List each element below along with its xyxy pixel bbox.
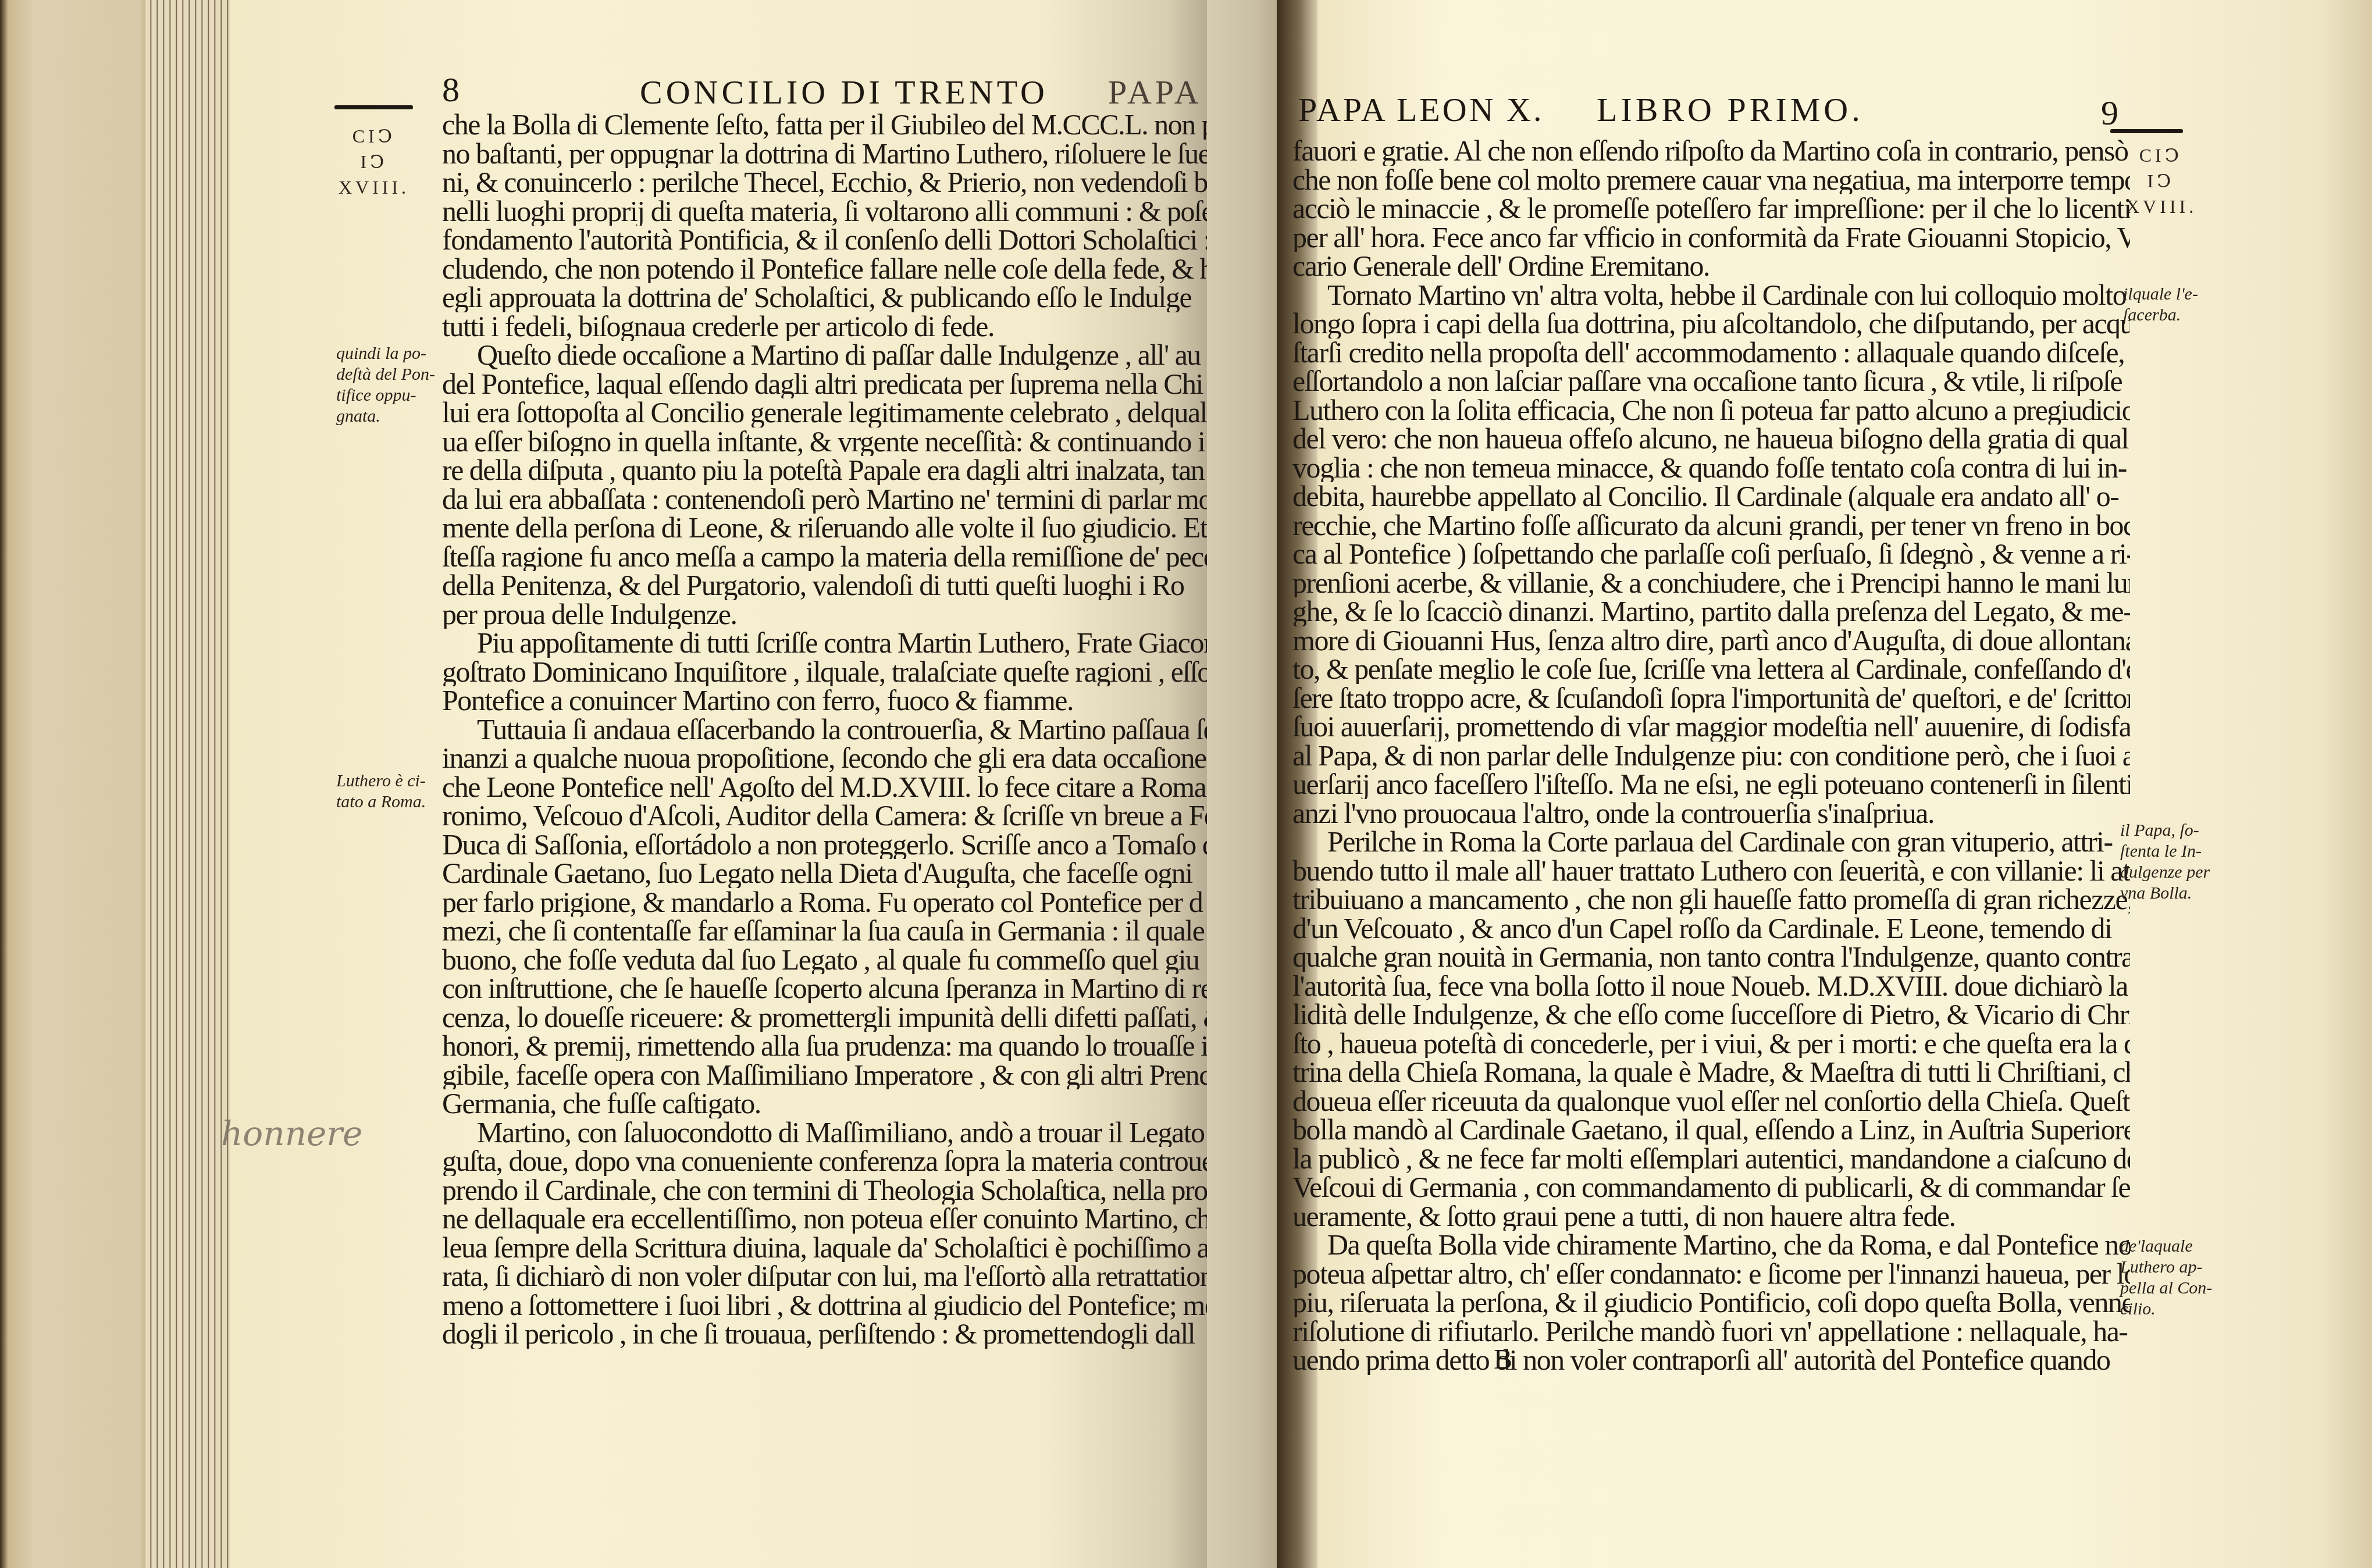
right-text-line: ſuoi auuerſarij, promettendo di vſar mag… xyxy=(1292,712,2130,742)
left-margin-rule xyxy=(334,105,413,109)
right-text-line: more di Giouanni Hus, ſenza altro dire, … xyxy=(1292,626,2130,655)
right-text-line: voglia : che non temeua minacce, & quand… xyxy=(1292,454,2130,483)
left-text-line: Queſto diede occaſione a Martino di paſſ… xyxy=(442,341,1262,370)
margin-note-line: ilquale l'e- xyxy=(2123,284,2198,305)
right-text-line: cario Generale dell' Ordine Eremitano. xyxy=(1292,252,2130,281)
margin-note-line: il Papa, ſo- xyxy=(2120,820,2210,841)
left-text-line: ua eſſer biſogno in quella inſtante, & v… xyxy=(442,427,1262,457)
left-text-line: del Pontefice, laqual eſſendo dagli altr… xyxy=(442,370,1262,399)
right-text-line: fauori e gratie. Al che non eſſendo riſp… xyxy=(1292,137,2130,166)
left-text-line: nelli luoghi proprij di queſta materia, … xyxy=(442,197,1262,226)
left-text-line: che Leone Pontefice nell' Agoſto del M.D… xyxy=(442,773,1262,802)
left-date-margin: CIↃ IↃ XVIII. xyxy=(336,123,412,200)
book-cover-edge xyxy=(0,0,145,1568)
left-text-line: cenza, lo doueſſe riceuere: & prometterg… xyxy=(442,1003,1262,1032)
right-text-line: Tornato Martino vn' altra volta, hebbe i… xyxy=(1292,281,2130,310)
left-text-line: re della diſputa , quanto piu la poteſtà… xyxy=(442,456,1262,485)
right-text-line: al Papa, & di non parlar delle Indulgenz… xyxy=(1292,742,2130,771)
right-text-line: tribuiuano a mancamento , che non gli ha… xyxy=(1292,885,2130,914)
right-text-line: anzi l'vno prouocaua l'altro, onde la co… xyxy=(1292,799,2130,828)
left-text-line: da lui era abbaſſata : contenendoſi però… xyxy=(442,485,1262,514)
right-date-margin: CIↃ IↃ XVIII. xyxy=(2126,142,2196,219)
right-text-line: eſſortandolo a non laſciar paſſare vna o… xyxy=(1292,367,2130,396)
right-text-line: recchie, che Martino foſſe aſſicurato da… xyxy=(1292,511,2130,540)
left-text-line: dogli il pericolo , in che ſi trouaua, p… xyxy=(442,1320,1262,1349)
left-text-line: fondamento l'autorità Pontificia, & il c… xyxy=(442,226,1262,255)
right-text-line: longo ſopra i capi della ſua dottrina, p… xyxy=(1292,309,2130,338)
right-text-line: per all' hora. Fece anco far vfficio in … xyxy=(1292,223,2130,252)
left-page-body-text: che la Bolla di Clemente ſeſto, fatta pe… xyxy=(442,111,1262,1349)
right-running-head-left: PAPA LEON X. xyxy=(1298,90,1544,129)
right-text-line: doueua eſſer riceuuta da qualonque vuol … xyxy=(1292,1087,2130,1116)
left-text-line: lui era ſottopoſta al Concilio generale … xyxy=(442,398,1262,427)
right-text-line: poteua aſpettar altro, ch' eſſer condann… xyxy=(1292,1260,2130,1289)
right-text-line: Veſcoui di Germania , con commandamento … xyxy=(1292,1173,2130,1202)
right-text-line: lidità delle Indulgenze, & che eſſo come… xyxy=(1292,1000,2130,1029)
margin-note-line: ſtenta le In- xyxy=(2120,841,2210,862)
left-text-line: guſta, doue, dopo vna conueniente confer… xyxy=(442,1147,1262,1176)
right-text-line: ſto , haueua poteſtà di concederle, per … xyxy=(1292,1029,2130,1059)
margin-note-line: gnata. xyxy=(336,406,435,427)
right-text-line: ſtarſi credito nella propoſta dell' acco… xyxy=(1292,338,2130,368)
left-text-line: con inſtruttione, che ſe haueſſe ſcopert… xyxy=(442,974,1262,1003)
right-text-line: del vero: che non haueua offeſo alcuno, … xyxy=(1292,425,2130,454)
right-text-line: to, & penſate meglio le coſe ſue, ſcriſſ… xyxy=(1292,655,2130,684)
right-text-line: ghe, & ſe lo ſcacciò dinanzi. Martino, p… xyxy=(1292,597,2130,626)
right-text-line: Perilche in Roma la Corte parlaua del Ca… xyxy=(1292,828,2130,857)
left-text-line: egli approuata la dottrina de' Scholaſti… xyxy=(442,283,1262,312)
left-text-line: ne dellaquale era eccellentiſſimo, non p… xyxy=(442,1204,1262,1234)
left-text-line: ſteſſa ragione fu anco meſſa a campo la … xyxy=(442,543,1262,572)
right-text-line: d'un Veſcouato , & anco d'un Capel roſſo… xyxy=(1292,914,2130,943)
left-running-head: CONCILIO DI TRENTO xyxy=(640,73,1048,112)
left-folio-number: 8 xyxy=(442,70,460,110)
left-text-line: ronimo, Veſcouo d'Aſcoli, Auditor della … xyxy=(442,801,1262,831)
right-text-line: Luthero con la ſolita efficacia, Che non… xyxy=(1292,396,2130,425)
right-date-line-1: CIↃ IↃ xyxy=(2126,142,2196,194)
left-text-line: buono, che foſſe veduta dal ſuo Legato ,… xyxy=(442,946,1262,975)
left-text-line: per proua delle Indulgenze. xyxy=(442,600,1262,629)
margin-note-line: Luthero ap- xyxy=(2120,1257,2212,1278)
turning-leaf-edge xyxy=(1207,0,1277,1568)
signature-mark: B xyxy=(1494,1344,1512,1375)
left-text-line: rata, ſi dichiarò di non voler diſputar … xyxy=(442,1262,1262,1291)
left-text-line: gibile, faceſſe opera con Maſſimiliano I… xyxy=(442,1061,1262,1090)
margin-note-line: deſtà del Pon- xyxy=(336,364,435,385)
left-text-line: tutti i fedeli, biſognaua crederle per a… xyxy=(442,312,1262,341)
margin-note-line: ſacerba. xyxy=(2123,305,2198,326)
right-page-body-text: fauori e gratie. Al che non eſſendo riſp… xyxy=(1292,137,2130,1375)
left-text-line: che la Bolla di Clemente ſeſto, fatta pe… xyxy=(442,111,1262,140)
left-text-line: Duca di Saſſonia, eſſortádolo a non prot… xyxy=(442,831,1262,860)
left-margin-note-2: Luthero è ci-tato a Roma. xyxy=(336,771,426,812)
right-text-line: debita, haurebbe appellato al Concilio. … xyxy=(1292,482,2130,511)
right-text-line: trina della Chieſa Romana, la quale è Ma… xyxy=(1292,1058,2130,1087)
right-text-line: ueramente, & ſotto graui pene a tutti, d… xyxy=(1292,1202,2130,1231)
left-text-line: Pontefice a conuincer Martino con ferro,… xyxy=(442,686,1262,715)
open-book-spread: 8 CONCILIO DI TRENTO PAPA LEON CIↃ IↃ XV… xyxy=(0,0,2372,1568)
left-text-line: Martino, con ſaluocondotto di Maſſimilia… xyxy=(442,1118,1262,1148)
left-text-line: Tuttauia ſi andaua eſſacerbando la contr… xyxy=(442,715,1262,744)
left-text-line: mente della perſona di Leone, & riſeruan… xyxy=(442,514,1262,543)
left-text-line: cludendo, che non potendo il Pontefice f… xyxy=(442,255,1262,284)
right-margin-note-2: il Papa, ſo-ſtenta le In-dulgenze pervna… xyxy=(2120,820,2210,904)
right-text-line: ſere ſtato troppo acre, & ſcuſandoſi ſop… xyxy=(1292,684,2130,713)
left-text-line: ni, & conuincerlo : perilche Thecel, Ecc… xyxy=(442,168,1262,197)
handwritten-annotation: honnere xyxy=(221,1114,362,1153)
left-text-line: no baſtanti, per oppugnar la dottrina di… xyxy=(442,140,1262,169)
right-date-line-2: XVIII. xyxy=(2126,194,2196,219)
left-text-line: leua ſempre della Scrittura diuina, laqu… xyxy=(442,1234,1262,1263)
margin-note-line: cilio. xyxy=(2120,1299,2212,1320)
left-text-line: per farlo prigione, & mandarlo a Roma. F… xyxy=(442,888,1262,917)
right-text-line: riſolutione di rifiutarlo. Perilche mand… xyxy=(1292,1317,2130,1346)
right-text-line: prenſioni acerbe, & villanie, & a conchi… xyxy=(1292,569,2130,598)
right-text-line: uendo prima detto di non voler contrapor… xyxy=(1292,1346,2130,1375)
left-text-line: Germania, che fuſſe caſtigato. xyxy=(442,1089,1262,1118)
right-text-line: buendo tutto il male all' hauer trattato… xyxy=(1292,857,2130,886)
left-date-line-2: XVIII. xyxy=(336,174,412,200)
margin-note-line: tato a Roma. xyxy=(336,792,426,812)
right-text-line: qualche gran nouità in Germania, non tan… xyxy=(1292,943,2130,972)
left-margin-note-1: quindi la po-deſtà del Pon-tifice oppu-g… xyxy=(336,343,435,427)
margin-note-line: de'laquale xyxy=(2120,1236,2212,1257)
right-text-line: uerſarij anco faceſſero l'iſteſſo. Ma ne… xyxy=(1292,770,2130,799)
left-text-line: inanzi a qualche nuoua propoſitione, ſec… xyxy=(442,744,1262,773)
right-text-line: piu, riſeruata la perſona, & il giudicio… xyxy=(1292,1288,2130,1317)
right-margin-rule xyxy=(2110,129,2183,133)
margin-note-line: pella al Con- xyxy=(2120,1278,2212,1299)
margin-note-line: dulgenze per xyxy=(2120,862,2210,883)
right-text-line: la publicò , & ne fece far molti eſſempl… xyxy=(1292,1145,2130,1174)
left-date-line-1: CIↃ IↃ xyxy=(336,123,412,174)
left-text-line: honori, & premij, rimettendo alla ſua pr… xyxy=(442,1032,1262,1061)
left-text-line: Piu appoſitamente di tutti ſcriſſe contr… xyxy=(442,629,1262,658)
margin-note-line: quindi la po- xyxy=(336,343,435,364)
right-text-line: bolla mandò al Cardinale Gaetano, il qua… xyxy=(1292,1116,2130,1145)
right-margin-note-1: ilquale l'e-ſacerba. xyxy=(2123,284,2198,326)
left-text-line: della Penitenza, & del Purgatorio, valen… xyxy=(442,571,1262,600)
right-text-line: ca al Pontefice ) ſoſpettando che parlaſ… xyxy=(1292,540,2130,569)
left-text-line: prendo il Cardinale, che con termini di … xyxy=(442,1176,1262,1205)
right-text-line: Da queſta Bolla vide chiramente Martino,… xyxy=(1292,1231,2130,1260)
left-text-line: meno a ſottomettere i ſuoi libri , & dot… xyxy=(442,1291,1262,1320)
right-text-line: l'autorità ſua, fece vna bolla ſotto il … xyxy=(1292,972,2130,1001)
margin-note-line: vna Bolla. xyxy=(2120,883,2210,904)
right-margin-note-3: de'laqualeLuthero ap-pella al Con-cilio. xyxy=(2120,1236,2212,1320)
margin-note-line: tifice oppu- xyxy=(336,385,435,406)
page-stack-edges xyxy=(145,0,233,1568)
right-folio-number: 9 xyxy=(2101,93,2118,133)
left-text-line: mezi, che ſi contentaſſe far eſſaminar l… xyxy=(442,917,1262,946)
margin-note-line: Luthero è ci- xyxy=(336,771,426,792)
right-text-line: acciò le minaccie , & le promeſſe poteſſ… xyxy=(1292,194,2130,223)
left-text-line: goſtrato Dominicano Inquiſitore , ilqual… xyxy=(442,658,1262,687)
right-text-line: che non foſſe bene col molto premere cau… xyxy=(1292,166,2130,195)
left-text-line: Cardinale Gaetano, ſuo Legato nella Diet… xyxy=(442,859,1262,888)
right-running-head: LIBRO PRIMO. xyxy=(1597,90,1864,129)
